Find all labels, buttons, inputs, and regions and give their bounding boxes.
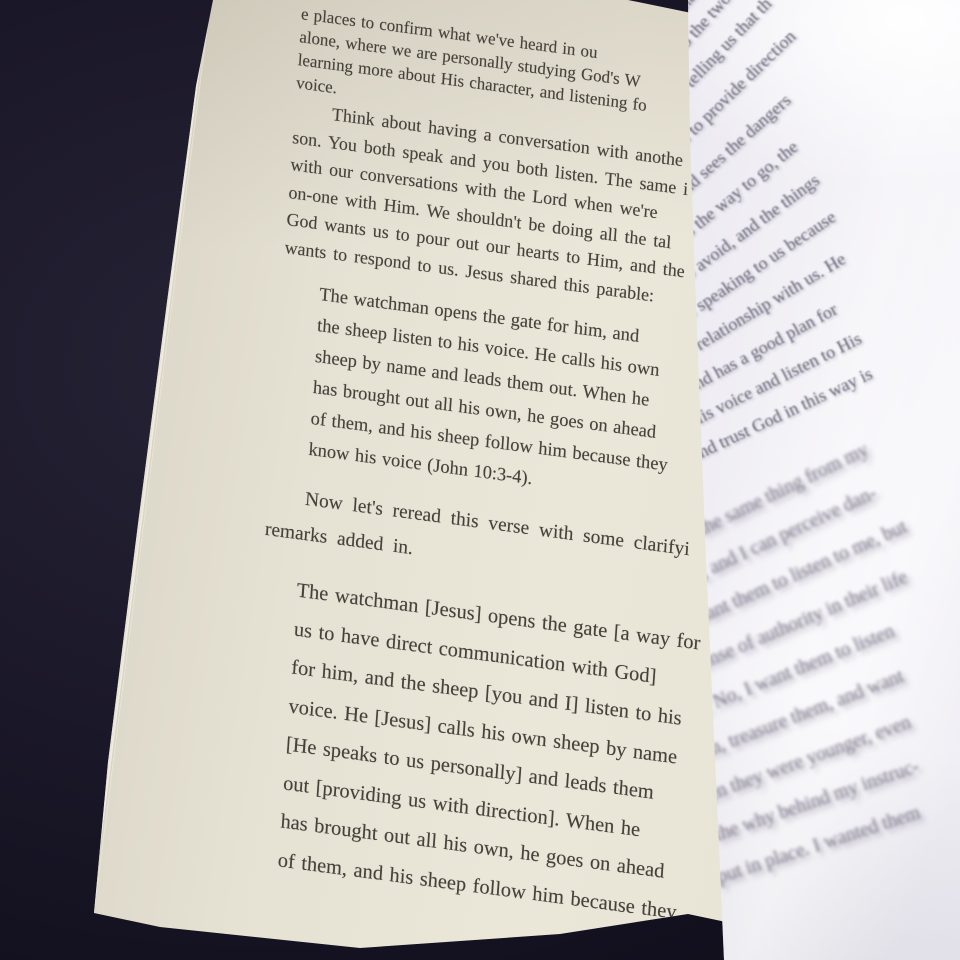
book-photo: aking to Me? e places to confirm what we…: [0, 0, 960, 960]
